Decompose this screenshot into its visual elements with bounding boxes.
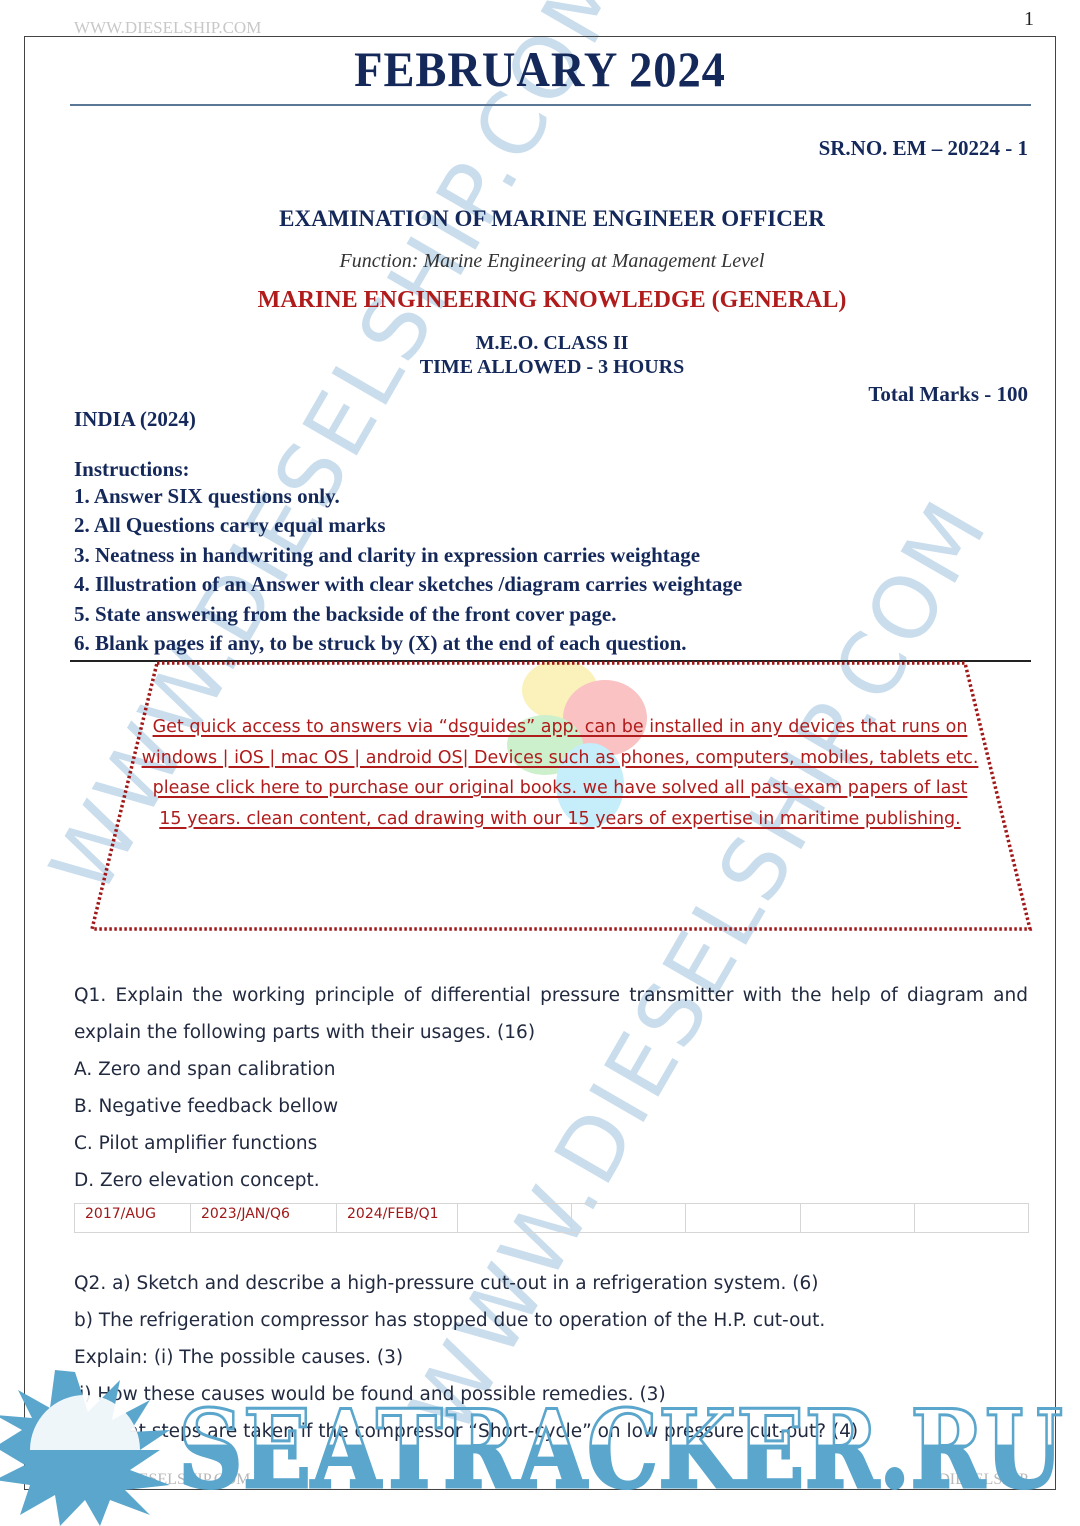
reference-cell <box>686 1204 800 1233</box>
reference-cell <box>914 1204 1028 1233</box>
subject-title: MARINE ENGINEERING KNOWLEDGE (GENERAL) <box>0 287 1080 314</box>
instruction-item: 6. Blank pages if any, to be struck by (… <box>74 631 742 660</box>
question-1-reference-table: 2017/AUG 2023/JAN/Q6 2024/FEB/Q1 <box>74 1203 1029 1233</box>
books-purchase-link[interactable]: please click here to purchase our origin… <box>153 778 968 829</box>
reference-cell: 2024/FEB/Q1 <box>337 1204 458 1233</box>
time-allowed: TIME ALLOWED - 3 HOURS <box>0 356 1080 379</box>
serial-number: SR.NO. EM – 20224 - 1 <box>819 136 1028 161</box>
page-number: 1 <box>1024 8 1034 31</box>
instruction-item: 1. Answer SIX questions only. <box>74 484 742 513</box>
instructions: Instructions: 1. Answer SIX questions on… <box>74 457 742 660</box>
footer-watermark-right: DIESELSHIP <box>938 1471 1028 1489</box>
total-marks: Total Marks - 100 <box>868 382 1028 407</box>
question-2-line: ii) How these causes would be found and … <box>74 1376 1028 1413</box>
instruction-item: 3. Neatness in handwriting and clarity i… <box>74 543 742 572</box>
question-2-line: c) What steps are taken if the compresso… <box>74 1413 1028 1450</box>
table-row: 2017/AUG 2023/JAN/Q6 2024/FEB/Q1 <box>75 1204 1029 1233</box>
title-divider <box>70 104 1031 106</box>
reference-cell: 2023/JAN/Q6 <box>191 1204 337 1233</box>
exam-title: EXAMINATION OF MARINE ENGINEER OFFICER <box>0 206 1080 232</box>
country-label: INDIA (2024) <box>74 407 196 432</box>
question-2-line: b) The refrigeration compressor has stop… <box>74 1302 1028 1339</box>
question-1-text-line-1: Q1. Explain the working principle of dif… <box>74 977 1028 1014</box>
question-2-line: Explain: (i) The possible causes. (3) <box>74 1339 1028 1376</box>
question-1-text-line-2: explain the following parts with their u… <box>74 1014 1028 1051</box>
question-1: Q1. Explain the working principle of dif… <box>74 977 1028 1199</box>
question-1-part: B. Negative feedback bellow <box>74 1088 1028 1125</box>
question-1-part: A. Zero and span calibration <box>74 1051 1028 1088</box>
promo-text: Get quick access to answers via “dsguide… <box>140 712 980 834</box>
reference-cell <box>458 1204 572 1233</box>
class-label: M.E.O. CLASS II <box>0 332 1080 355</box>
header-watermark: WWW.DIESELSHIP.COM <box>74 18 261 38</box>
function-subtitle: Function: Marine Engineering at Manageme… <box>0 250 1080 273</box>
instruction-item: 4. Illustration of an Answer with clear … <box>74 572 742 601</box>
page-title: FEBRUARY 2024 <box>38 40 1042 98</box>
instructions-divider <box>70 660 1031 662</box>
instructions-title: Instructions: <box>74 457 742 484</box>
question-2-line: Q2. a) Sketch and describe a high-pressu… <box>74 1265 1028 1302</box>
footer-watermark-left: WWW.DIESELSHIP.COM <box>74 1471 250 1489</box>
question-2: Q2. a) Sketch and describe a high-pressu… <box>74 1265 1028 1450</box>
reference-cell: 2017/AUG <box>75 1204 191 1233</box>
question-1-part: D. Zero elevation concept. <box>74 1162 1028 1199</box>
instruction-item: 2. All Questions carry equal marks <box>74 513 742 542</box>
question-1-part: C. Pilot amplifier functions <box>74 1125 1028 1162</box>
reference-cell <box>572 1204 686 1233</box>
reference-cell <box>800 1204 914 1233</box>
instruction-item: 5. State answering from the backside of … <box>74 602 742 631</box>
app-promo-link[interactable]: Get quick access to answers via “dsguide… <box>142 717 979 768</box>
